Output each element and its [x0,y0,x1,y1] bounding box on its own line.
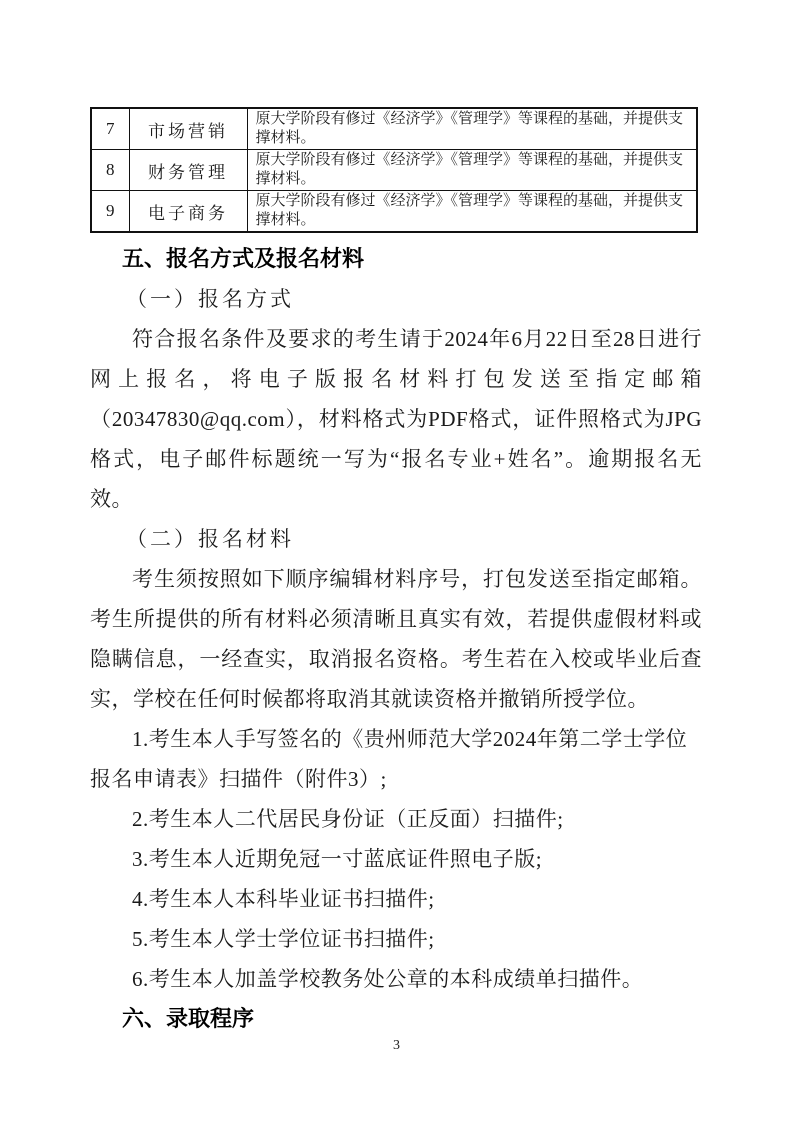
material-list-item-1: 1.考生本人手写签名的《贵州师范大学2024年第二学士学位报名申请表》扫描件（附… [90,719,702,799]
majors-requirements-table: 7 市场营销 原大学阶段有修过《经济学》《管理学》等课程的基础，并提供支撑材料。… [90,107,698,233]
table-row: 8 财务管理 原大学阶段有修过《经济学》《管理学》等课程的基础，并提供支撑材料。 [91,150,697,191]
major-requirement-cell: 原大学阶段有修过《经济学》《管理学》等课程的基础，并提供支撑材料。 [247,191,697,233]
registration-method-paragraph: 符合报名条件及要求的考生请于2024年6月22日至28日进行网上报名，将电子版报… [90,319,702,519]
major-name-cell: 财务管理 [129,150,247,191]
major-number-cell: 7 [91,108,129,150]
material-list-item-6: 6.考生本人加盖学校教务处公章的本科成绩单扫描件。 [90,959,702,999]
major-requirement-cell: 原大学阶段有修过《经济学》《管理学》等课程的基础，并提供支撑材料。 [247,150,697,191]
material-list-item-4: 4.考生本人本科毕业证书扫描件; [90,879,702,919]
document-content: 7 市场营销 原大学阶段有修过《经济学》《管理学》等课程的基础，并提供支撑材料。… [90,107,702,1039]
material-list-item-5: 5.考生本人学士学位证书扫描件; [90,919,702,959]
major-name-cell: 电子商务 [129,191,247,233]
major-requirement-cell: 原大学阶段有修过《经济学》《管理学》等课程的基础，并提供支撑材料。 [247,108,697,150]
registration-materials-paragraph: 考生须按照如下顺序编辑材料序号，打包发送至指定邮箱。考生所提供的所有材料必须清晰… [90,559,702,719]
major-number-cell: 9 [91,191,129,233]
section-5-1-heading: （一）报名方式 [90,279,702,319]
page-number: 3 [0,1038,793,1054]
major-name-cell: 市场营销 [129,108,247,150]
table-row: 7 市场营销 原大学阶段有修过《经济学》《管理学》等课程的基础，并提供支撑材料。 [91,108,697,150]
material-list-item-2: 2.考生本人二代居民身份证（正反面）扫描件; [90,799,702,839]
section-6-heading: 六、录取程序 [90,999,702,1039]
section-5-2-heading: （二）报名材料 [90,519,702,559]
section-5-heading: 五、报名方式及报名材料 [90,239,702,279]
table-row: 9 电子商务 原大学阶段有修过《经济学》《管理学》等课程的基础，并提供支撑材料。 [91,191,697,233]
major-number-cell: 8 [91,150,129,191]
material-list-item-3: 3.考生本人近期免冠一寸蓝底证件照电子版; [90,839,702,879]
document-page: 7 市场营销 原大学阶段有修过《经济学》《管理学》等课程的基础，并提供支撑材料。… [0,0,793,1122]
